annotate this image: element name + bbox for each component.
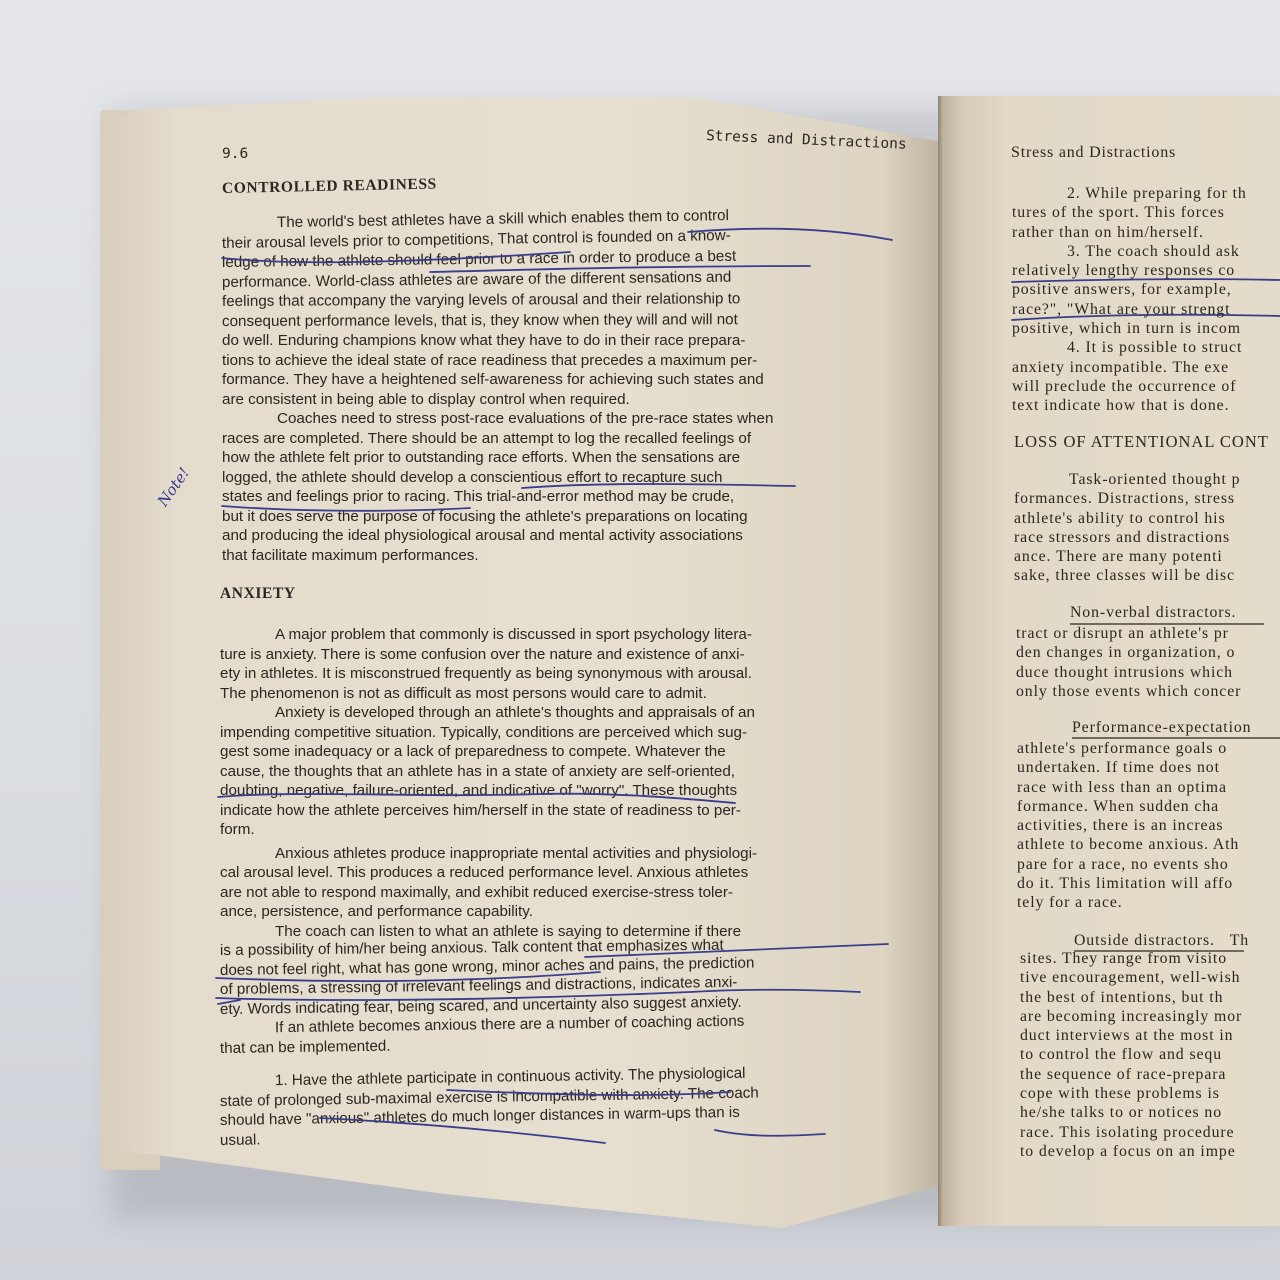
text-line: 3. The coach should ask xyxy=(1012,243,1247,262)
text-line: 2. While preparing for th xyxy=(1012,185,1247,204)
text-line: the best of intentions, but th xyxy=(1020,989,1242,1008)
text-line: anxiety incompatible. The exe xyxy=(1012,359,1247,378)
text-line: duce thought intrusions which xyxy=(1016,664,1241,683)
text-line: consequent performance levels, that is, … xyxy=(222,310,892,332)
text-fragment: Th xyxy=(1230,932,1249,949)
text-line: cal arousal level. This produces a reduc… xyxy=(220,864,890,884)
section-body-anxiety: A major problem that commonly is discuss… xyxy=(220,626,890,1151)
text-line: race with less than an optima xyxy=(1017,779,1239,798)
text-line: feelings that accompany the varying leve… xyxy=(222,289,892,312)
text-line: impending competitive situation. Typical… xyxy=(220,724,890,744)
text-line: cope with these problems is xyxy=(1020,1085,1242,1104)
text-line: A major problem that commonly is discuss… xyxy=(220,626,890,646)
text-line: doubting, negative, failure-oriented, an… xyxy=(220,782,890,802)
text-line: positive, which in turn is incom xyxy=(1012,320,1247,339)
text-line: are consistent in being able to display … xyxy=(222,391,892,411)
text-line: ance, persistence, and performance capab… xyxy=(220,903,890,923)
text-line: he/she talks to or notices no xyxy=(1020,1104,1242,1123)
text-line: duct interviews at the most in xyxy=(1020,1027,1242,1046)
text-line: are not able to respond maximally, and e… xyxy=(220,884,890,904)
text-line: undertaken. If time does not xyxy=(1017,759,1239,778)
subheading-outside-distractors: Outside distractors. Th xyxy=(1074,932,1249,951)
text-line: athlete's ability to control his xyxy=(1014,510,1240,529)
text-line: but it does serve the purpose of focusin… xyxy=(222,508,892,528)
text-line: race stressors and distractions xyxy=(1014,529,1240,548)
section-heading-anxiety: ANXIETY xyxy=(220,585,296,603)
text-line: tract or disrupt an athlete's pr xyxy=(1016,625,1241,644)
text-line: the sequence of race-prepara xyxy=(1020,1066,1242,1085)
text-line: Coaches need to stress post-race evaluat… xyxy=(222,410,892,430)
text-line: only those events which concer xyxy=(1016,683,1241,702)
text-line: tures of the sport. This forces xyxy=(1012,204,1247,223)
text-line: race. This isolating procedure xyxy=(1020,1124,1242,1143)
right-page-body: tract or disrupt an athlete's pr den cha… xyxy=(1016,625,1241,702)
text-line: races are completed. There should be an … xyxy=(222,430,892,450)
right-page-body: sites. They range from visito tive encou… xyxy=(1020,950,1242,1162)
text-line: tive encouragement, well-wish xyxy=(1020,969,1242,988)
text-line: cause, the thoughts that an athlete has … xyxy=(220,763,890,783)
book-gutter xyxy=(938,96,944,1226)
text-line: sake, three classes will be disc xyxy=(1014,567,1240,586)
text-line: pare for a race, no events sho xyxy=(1017,856,1239,875)
subheading-performance-expectation: Performance-expectation xyxy=(1072,719,1251,738)
text-line: will preclude the occurrence of xyxy=(1012,378,1247,397)
text-line: ety in athletes. It is misconstrued freq… xyxy=(220,665,890,685)
text-line: ture is anxiety. There is some confusion… xyxy=(220,646,890,666)
text-line: activities, there is an increas xyxy=(1017,817,1239,836)
right-page-list: 2. While preparing for th tures of the s… xyxy=(1012,185,1247,417)
right-page-body: Task-oriented thought p formances. Distr… xyxy=(1014,471,1240,587)
right-page-body: athlete's performance goals o undertaken… xyxy=(1017,740,1239,914)
text-line: to develop a focus on an impe xyxy=(1020,1143,1242,1162)
page-number: 9.6 xyxy=(222,146,248,162)
text-line: The phenomenon is not as difficult as mo… xyxy=(220,685,890,705)
text-line: formance. They have a heightened self-aw… xyxy=(222,371,892,391)
text-line: Task-oriented thought p xyxy=(1014,471,1240,490)
section-body-controlled-readiness: The world's best athletes have a skill w… xyxy=(222,215,892,566)
text-line: do it. This limitation will affo xyxy=(1017,875,1239,894)
text-line: sites. They range from visito xyxy=(1020,950,1242,969)
text-line: positive answers, for example, xyxy=(1012,281,1247,300)
text-line: to control the flow and sequ xyxy=(1020,1046,1242,1065)
running-header-right: Stress and Distractions xyxy=(1011,144,1176,162)
text-line: den changes in organization, o xyxy=(1016,644,1241,663)
text-line: relatively lengthy responses co xyxy=(1012,262,1247,281)
text-line: ance. There are many potenti xyxy=(1014,548,1240,567)
text-line: text indicate how that is done. xyxy=(1012,397,1247,416)
text-line: how the athlete felt prior to outstandin… xyxy=(222,449,892,469)
text-line: logged, the athlete should develop a con… xyxy=(222,469,892,489)
text-line: athlete to become anxious. Ath xyxy=(1017,836,1239,855)
text-line: rather than on him/herself. xyxy=(1012,224,1247,243)
text-line: states and feelings prior to racing. Thi… xyxy=(222,488,892,508)
section-heading-loss-of-attentional-control: LOSS OF ATTENTIONAL CONT xyxy=(1014,432,1269,452)
text-line: and producing the ideal physiological ar… xyxy=(222,527,892,547)
text-line: tions to achieve the ideal state of race… xyxy=(222,352,892,372)
text-line: formance. When sudden cha xyxy=(1017,798,1239,817)
subheading-non-verbal-distractors: Non-verbal distractors. xyxy=(1070,604,1236,623)
text-line: 4. It is possible to struct xyxy=(1012,339,1247,358)
text-line: do well. Enduring champions know what th… xyxy=(222,332,892,352)
text-line: race?", "What are your strengt xyxy=(1012,301,1247,320)
subheading-text: Outside distractors. xyxy=(1074,932,1215,949)
text-line: formances. Distractions, stress xyxy=(1014,490,1240,509)
text-line: Anxiety is developed through an athlete'… xyxy=(220,704,890,724)
text-line: form. xyxy=(220,821,890,841)
text-line: that facilitate maximum performances. xyxy=(222,547,892,567)
text-line: indicate how the athlete perceives him/h… xyxy=(220,802,890,822)
text-line: athlete's performance goals o xyxy=(1017,740,1239,759)
text-line: gest some inadequacy or a lack of prepar… xyxy=(220,743,890,763)
text-line: are becoming increasingly mor xyxy=(1020,1008,1242,1027)
text-line: Anxious athletes produce inappropriate m… xyxy=(220,845,890,865)
text-line: tely for a race. xyxy=(1017,894,1239,913)
